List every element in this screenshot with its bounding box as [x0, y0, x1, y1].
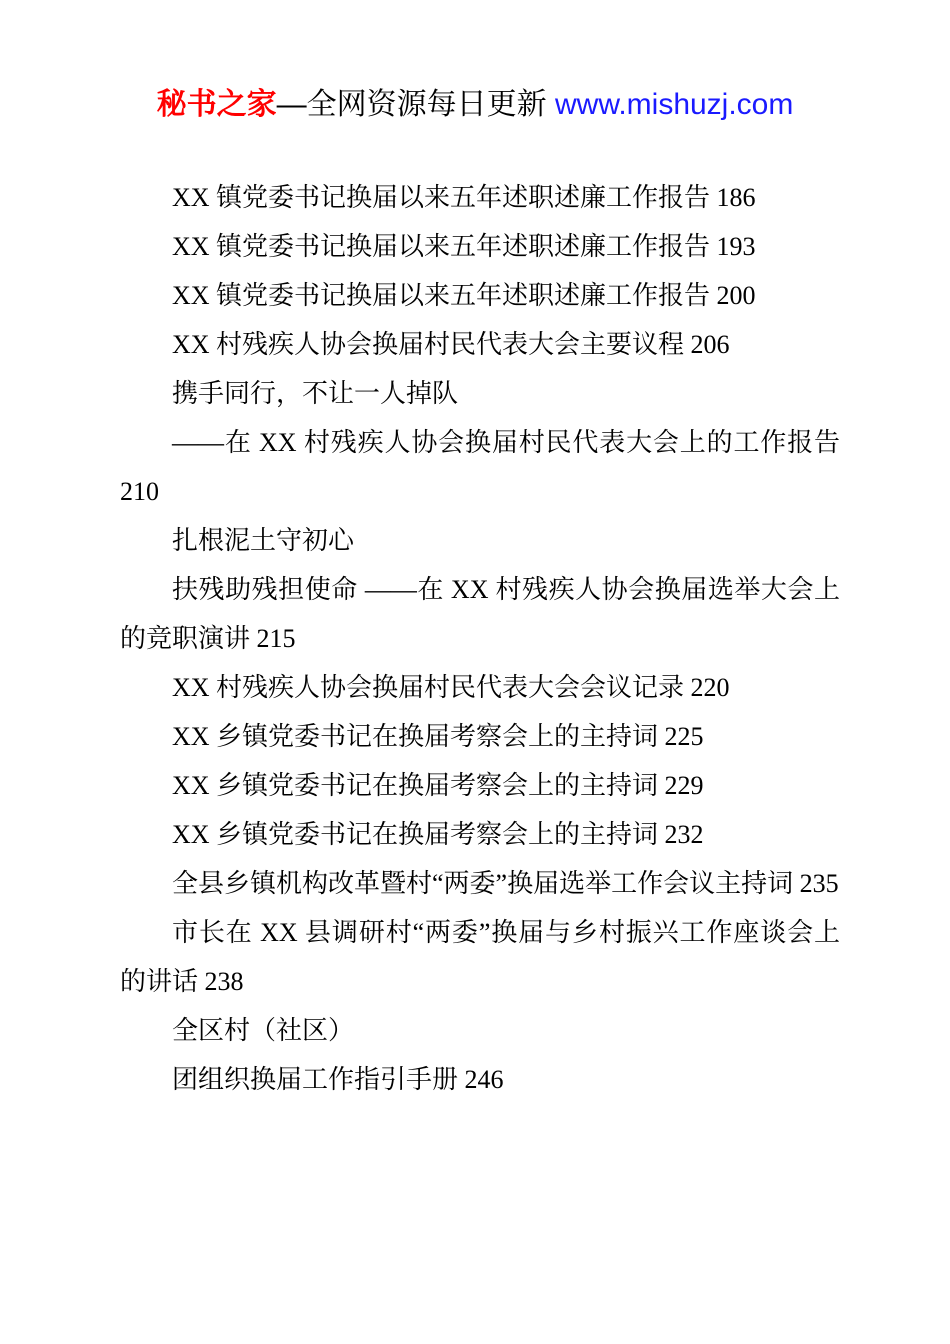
- toc-entry: ——在 XX 村残疾人协会换届村民代表大会上的工作报告 210: [120, 418, 840, 516]
- toc-entry: 扎根泥土守初心: [120, 516, 840, 565]
- document-page: 秘书之家—全网资源每日更新 www.mishuzj.com XX 镇党委书记换届…: [0, 0, 950, 1344]
- site-tagline: —全网资源每日更新: [277, 88, 555, 121]
- site-brand: 秘书之家: [157, 88, 277, 121]
- page-header: 秘书之家—全网资源每日更新 www.mishuzj.com: [0, 86, 950, 124]
- toc-entry: 全区村（社区）: [120, 1006, 840, 1055]
- toc-entry: XX 村残疾人协会换届村民代表大会会议记录 220: [120, 663, 840, 712]
- toc-entry: XX 镇党委书记换届以来五年述职述廉工作报告 193: [120, 222, 840, 271]
- table-of-contents: XX 镇党委书记换届以来五年述职述廉工作报告 186 XX 镇党委书记换届以来五…: [120, 173, 840, 1104]
- toc-entry: XX 乡镇党委书记在换届考察会上的主持词 229: [120, 761, 840, 810]
- toc-entry: 全县乡镇机构改革暨村“两委”换届选举工作会议主持词 235: [120, 859, 840, 908]
- toc-entry: 携手同行，不让一人掉队: [120, 369, 840, 418]
- toc-entry: XX 镇党委书记换届以来五年述职述廉工作报告 186: [120, 173, 840, 222]
- toc-entry: 团组织换届工作指引手册 246: [120, 1055, 840, 1104]
- toc-entry: XX 乡镇党委书记在换届考察会上的主持词 225: [120, 712, 840, 761]
- toc-entry: XX 村残疾人协会换届村民代表大会主要议程 206: [120, 320, 840, 369]
- toc-entry: 扶残助残担使命 ——在 XX 村残疾人协会换届选举大会上的竞职演讲 215: [120, 565, 840, 663]
- toc-entry: XX 镇党委书记换届以来五年述职述廉工作报告 200: [120, 271, 840, 320]
- toc-entry: 市长在 XX 县调研村“两委”换届与乡村振兴工作座谈会上的讲话 238: [120, 908, 840, 1006]
- toc-entry: XX 乡镇党委书记在换届考察会上的主持词 232: [120, 810, 840, 859]
- site-url: www.mishuzj.com: [555, 88, 793, 121]
